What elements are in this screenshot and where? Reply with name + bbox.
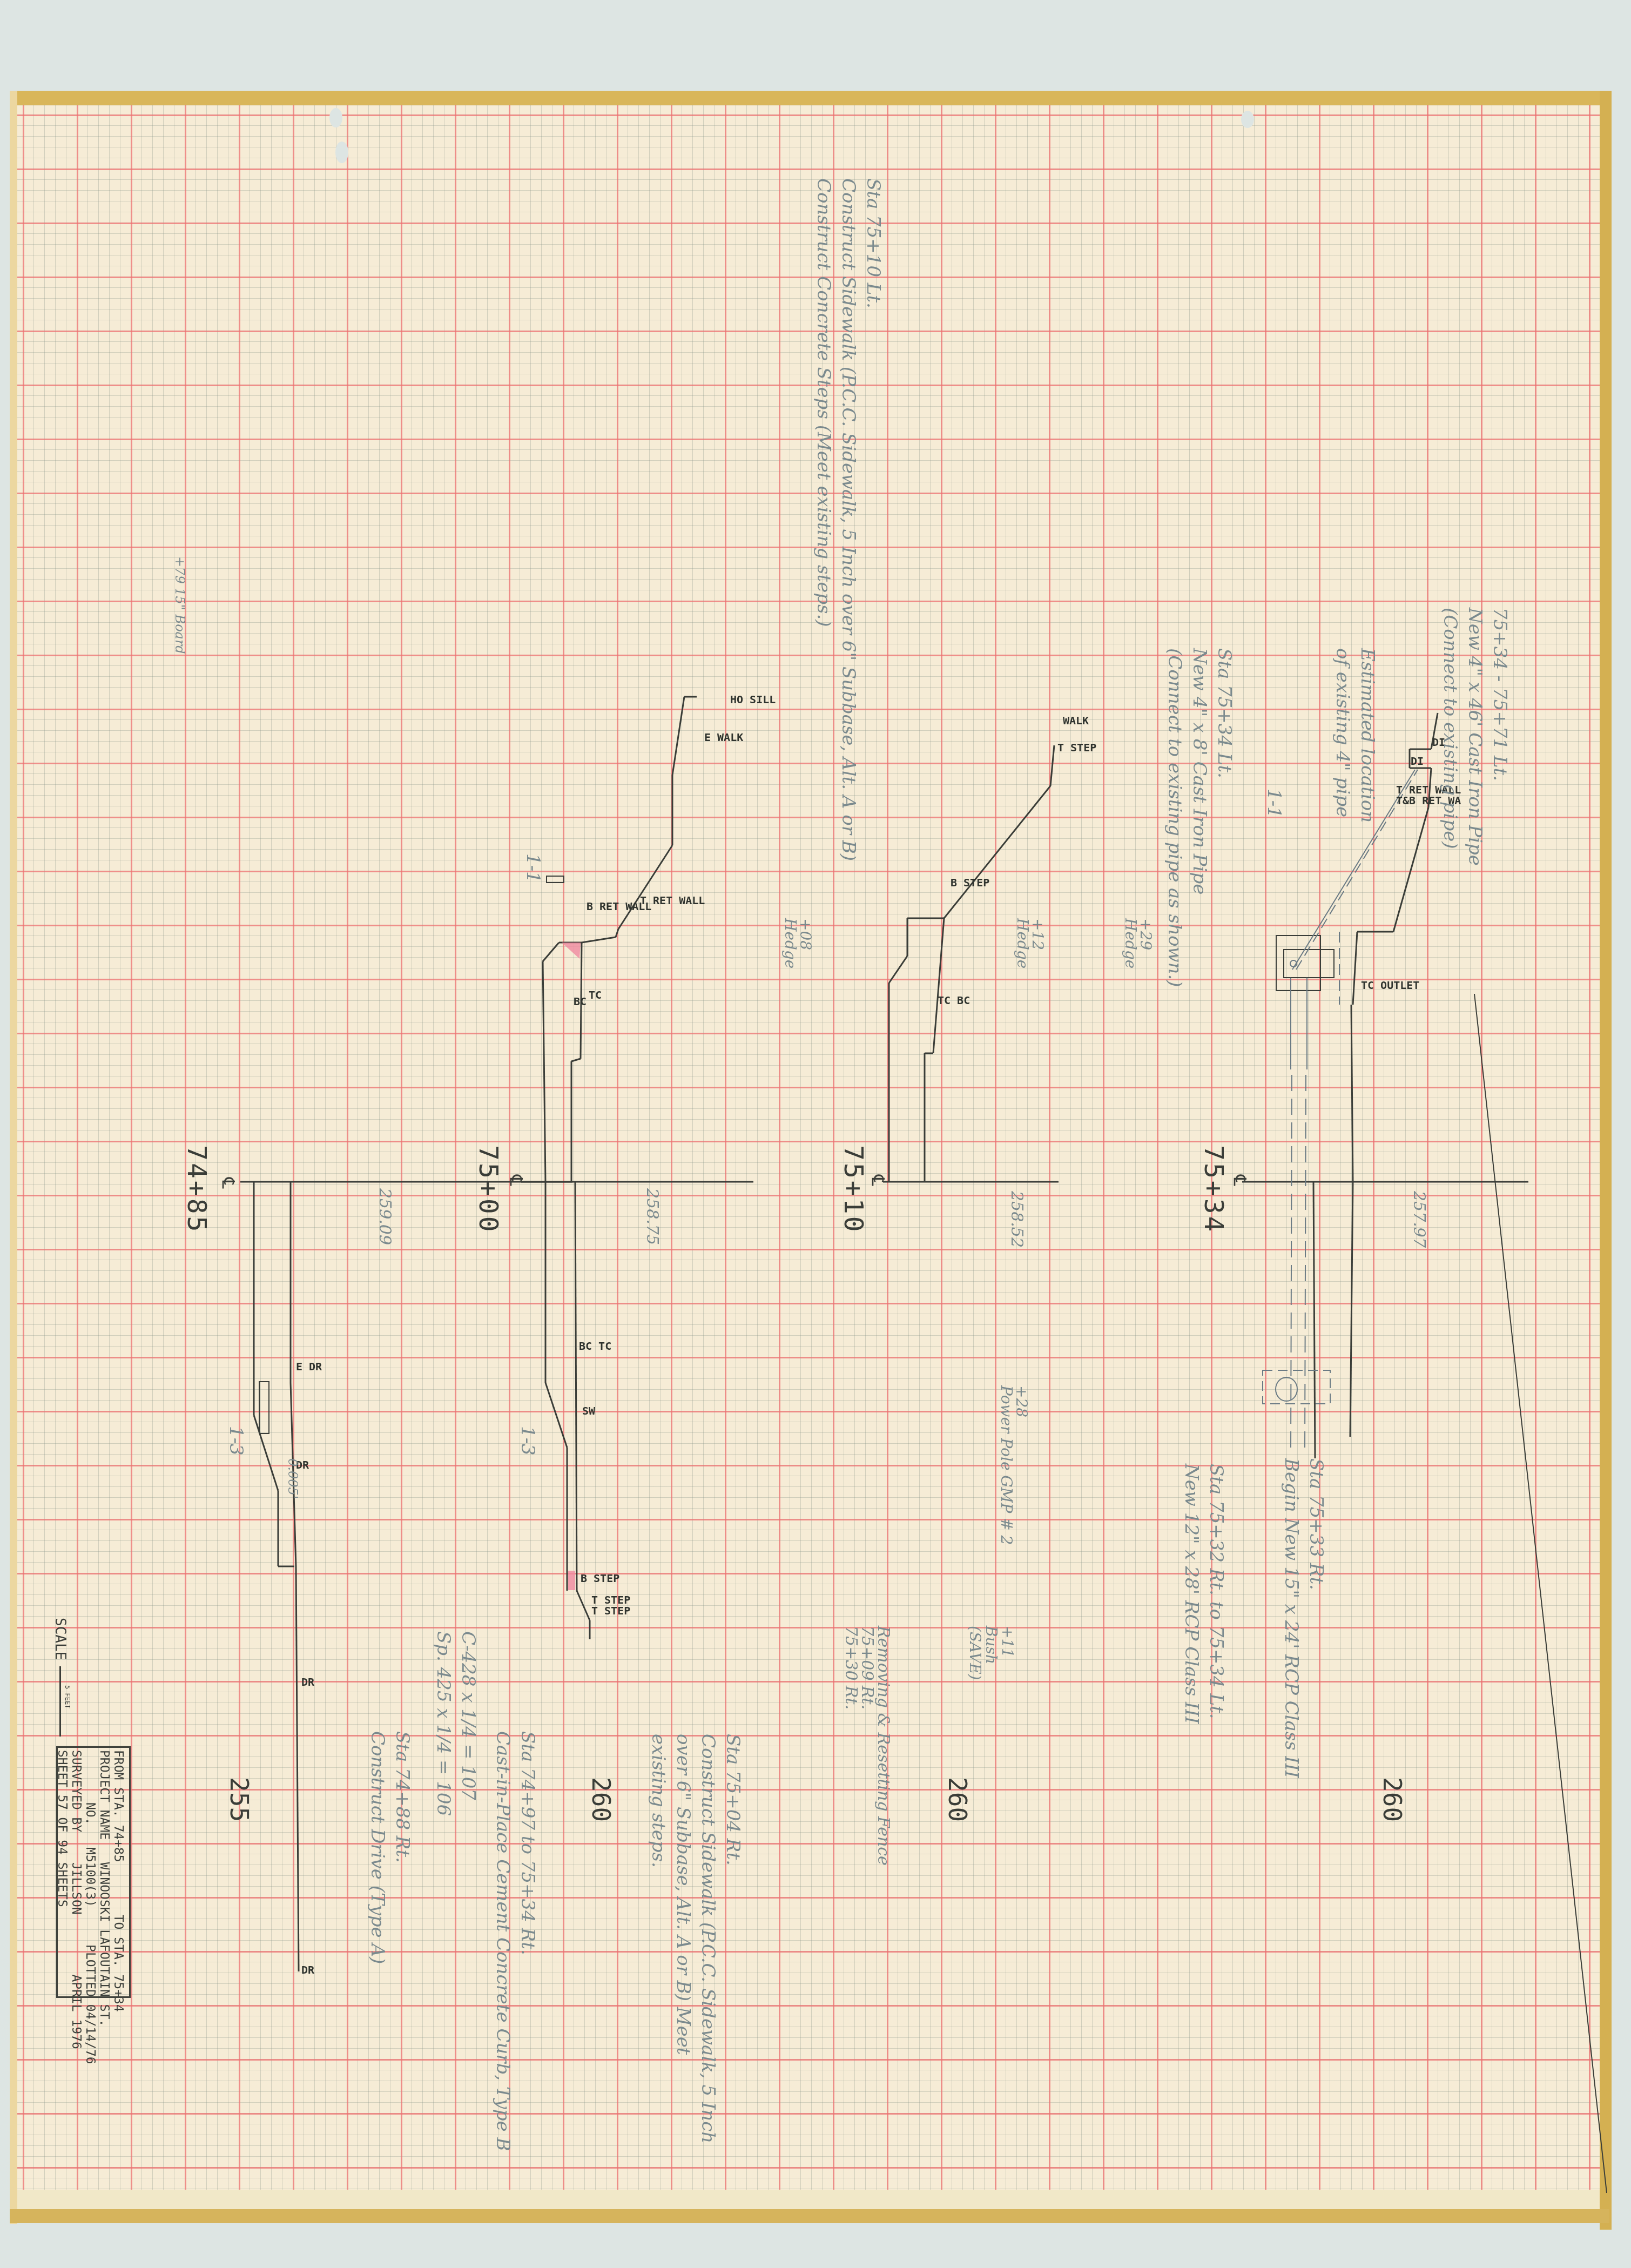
cross-section-sheet: 74+85 75+00 75+10 75+34 ℄ ℄ ℄ ℄ 259.09 2… — [0, 0, 1631, 2268]
title-sheet: SHEET 57 OF 94 SHEETS — [55, 1750, 69, 1993]
label-t-step: T STEP — [591, 1604, 630, 1617]
scale-bar-text: 5 FEET — [64, 1685, 71, 1708]
centerline-symbol: ℄ — [506, 1175, 527, 1186]
slope-label: 1-3 — [224, 1426, 248, 1456]
centerline-symbol: ℄ — [1230, 1175, 1250, 1186]
label-b-step: B STEP — [951, 876, 989, 889]
grid-elev-255: 255 — [225, 1777, 254, 1822]
elevation-7485: 259.09 — [372, 1188, 397, 1245]
title-from-to: FROM STA. 74+85 TO STA. 75+34 — [111, 1750, 125, 1993]
note-sta-7534-lt: Sta 75+34 Lt. New 4" x 8' Cast Iron Pipe… — [1162, 648, 1237, 987]
elevation-7510: 258.52 — [1004, 1191, 1029, 1248]
note-sta-7533: Sta 75+33 Rt. Begin New 15" x 24' RCP Cl… — [1279, 1458, 1329, 1778]
marker-power-pole: +28 Power Pole GMP # 2 — [999, 1385, 1029, 1545]
label-b-ret-wall: B RET WALL — [587, 900, 651, 913]
label-tc: TC — [589, 988, 602, 1001]
label-bc: BC — [574, 995, 587, 1008]
slope-label: 1-1 — [521, 853, 545, 883]
station-label-7510: 75+10 — [838, 1145, 868, 1234]
label-tc-bc: TC BC — [938, 994, 970, 1007]
marker-board: +79 15" Board — [173, 556, 186, 654]
centerline-symbol: ℄ — [868, 1175, 888, 1186]
note-sta-7497: Sta 74+97 to 75+34 Rt. Cast-in-Place Cem… — [490, 1731, 540, 2151]
grid-elev-260: 260 — [943, 1777, 972, 1822]
label-dr: DR — [301, 1675, 314, 1688]
marker-hedge-12: +12 Hedge — [1015, 918, 1045, 968]
elevation-7534: 257.97 — [1406, 1191, 1431, 1248]
scale-bar — [59, 1666, 61, 1737]
label-bc-tc: BC TC — [579, 1340, 611, 1352]
label-e-dr: E DR — [296, 1360, 322, 1373]
note-estimated-pipe: Estimated location of existing 4" pipe — [1330, 648, 1380, 823]
label-dr: DR — [301, 1963, 314, 1976]
note-sta-7532: Sta 75+32 Rt. to 75+34 Lt. New 12" x 28'… — [1179, 1464, 1229, 1724]
note-fence: Removing & Resetting Fence 75+09 Rt. 75+… — [843, 1626, 891, 1866]
marker-hedge-08: +08 Hedge — [783, 918, 813, 968]
station-label-7534: 75+34 — [1198, 1145, 1229, 1234]
note-sta-7510: Sta 75+10 Lt. Construct Sidewalk (P.C.C.… — [811, 178, 886, 861]
scale-label: SCALE — [52, 1618, 68, 1660]
centerline-symbol: ℄ — [218, 1177, 239, 1189]
title-number: NO. M5100(3) PLOTTED 04/14/76 — [83, 1750, 97, 1993]
label-walk: WALK — [1063, 714, 1089, 727]
marker-bush: +11 Bush (SAVE) — [967, 1626, 1015, 1680]
note-calc: C-428 x 1/4 = 107 Sp. 425 x 1/4 = 106 — [431, 1631, 481, 1816]
station-label-7485: 74+85 — [181, 1145, 212, 1234]
label-tc-outlet: TC OUTLET — [1361, 979, 1419, 992]
label-b-step: B STEP — [581, 1572, 619, 1585]
label-di: DI — [1411, 755, 1424, 768]
title-surveyed: SURVEYED BY JILLSON APRIL 1976 — [69, 1750, 83, 1993]
grid-elev-260: 260 — [1378, 1777, 1407, 1822]
elevation-7500: 258.75 — [639, 1188, 664, 1245]
station-label-7500: 75+00 — [473, 1145, 503, 1234]
note-sta-7504: Sta 75+04 Rt. Construct Sidewalk (P.C.C.… — [646, 1734, 745, 2143]
slope-label: 1-1 — [1262, 789, 1286, 818]
title-project: PROJECT NAME WINOOSKI LAFOUTAIN ST. — [97, 1750, 111, 1993]
note-sta-7488: Sta 74+88 Rt. Construct Drive (Type A) — [365, 1731, 415, 1964]
label-e-walk: E WALK — [704, 731, 743, 744]
slope-label: 1-3 — [515, 1426, 540, 1456]
label-t-step: T STEP — [1057, 741, 1096, 754]
marker-hedge-29: +29 Hedge — [1123, 918, 1153, 968]
label-ho-sill: HO SILL — [730, 693, 776, 706]
label-sw: SW — [582, 1404, 595, 1417]
grid-elev-260: 260 — [587, 1777, 616, 1822]
grade-label: 0.005' — [280, 1458, 305, 1499]
note-sta-7534-7571: 75+34 - 75+71 Lt. New 4" x 46' Cast Iron… — [1438, 608, 1512, 866]
title-block-text: FROM STA. 74+85 TO STA. 75+34 PROJECT NA… — [55, 1750, 125, 1993]
